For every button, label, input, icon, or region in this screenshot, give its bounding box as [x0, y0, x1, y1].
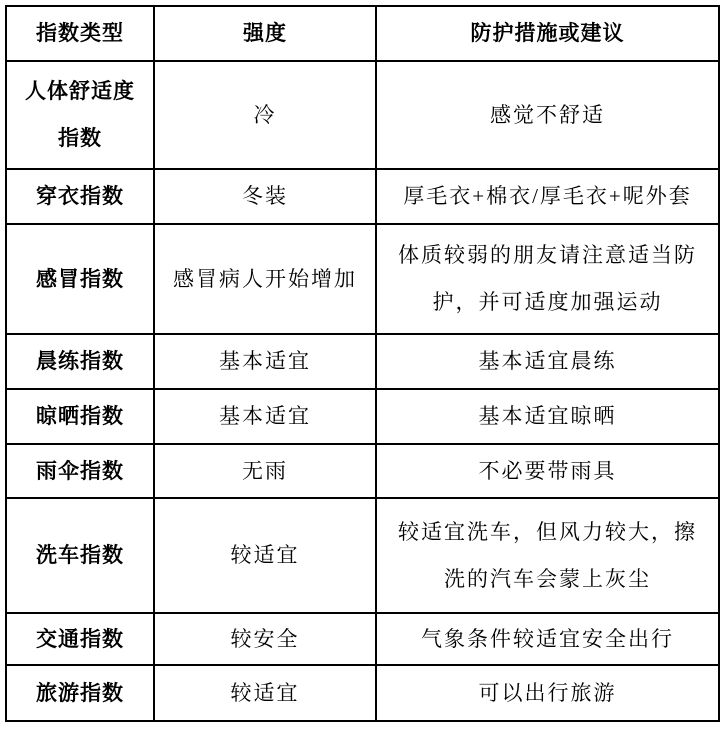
table-row: 穿衣指数 冬装 厚毛衣+棉衣/厚毛衣+呢外套 — [6, 169, 719, 224]
column-header-advice: 防护措施或建议 — [376, 6, 719, 61]
advice-cell: 不必要带雨具 — [376, 444, 719, 498]
strength-cell: 基本适宜 — [154, 334, 376, 389]
table-row: 交通指数 较安全 气象条件较适宜安全出行 — [6, 613, 719, 665]
strength-cell: 较安全 — [154, 613, 376, 665]
advice-cell: 气象条件较适宜安全出行 — [376, 613, 719, 665]
index-type-cell: 雨伞指数 — [6, 444, 154, 498]
weather-index-table: 指数类型 强度 防护措施或建议 人体舒适度 指数 冷 感觉不舒适 穿衣指数 冬装… — [5, 5, 720, 722]
table-row: 旅游指数 较适宜 可以出行旅游 — [6, 665, 719, 721]
advice-cell: 基本适宜晨练 — [376, 334, 719, 389]
table-header-row: 指数类型 强度 防护措施或建议 — [6, 6, 719, 61]
advice-cell: 较适宜洗车，但风力较大，擦 洗的汽车会蒙上灰尘 — [376, 498, 719, 613]
index-type-cell: 晨练指数 — [6, 334, 154, 389]
strength-cell: 感冒病人开始增加 — [154, 224, 376, 334]
table-row: 人体舒适度 指数 冷 感觉不舒适 — [6, 61, 719, 169]
strength-cell: 冬装 — [154, 169, 376, 224]
index-type-cell: 旅游指数 — [6, 665, 154, 721]
advice-cell: 体质较弱的朋友请注意适当防 护，并可适度加强运动 — [376, 224, 719, 334]
advice-cell: 厚毛衣+棉衣/厚毛衣+呢外套 — [376, 169, 719, 224]
table-row: 雨伞指数 无雨 不必要带雨具 — [6, 444, 719, 498]
column-header-index-type: 指数类型 — [6, 6, 154, 61]
column-header-strength: 强度 — [154, 6, 376, 61]
strength-cell: 较适宜 — [154, 665, 376, 721]
table-row: 感冒指数 感冒病人开始增加 体质较弱的朋友请注意适当防 护，并可适度加强运动 — [6, 224, 719, 334]
index-type-cell: 洗车指数 — [6, 498, 154, 613]
index-type-cell: 晾晒指数 — [6, 389, 154, 444]
advice-cell: 基本适宜晾晒 — [376, 389, 719, 444]
strength-cell: 无雨 — [154, 444, 376, 498]
table-row: 晾晒指数 基本适宜 基本适宜晾晒 — [6, 389, 719, 444]
index-type-cell: 感冒指数 — [6, 224, 154, 334]
strength-cell: 冷 — [154, 61, 376, 169]
index-type-cell: 穿衣指数 — [6, 169, 154, 224]
strength-cell: 较适宜 — [154, 498, 376, 613]
index-type-cell: 人体舒适度 指数 — [6, 61, 154, 169]
advice-cell: 感觉不舒适 — [376, 61, 719, 169]
table-row: 洗车指数 较适宜 较适宜洗车，但风力较大，擦 洗的汽车会蒙上灰尘 — [6, 498, 719, 613]
advice-cell: 可以出行旅游 — [376, 665, 719, 721]
strength-cell: 基本适宜 — [154, 389, 376, 444]
table-row: 晨练指数 基本适宜 基本适宜晨练 — [6, 334, 719, 389]
index-type-cell: 交通指数 — [6, 613, 154, 665]
